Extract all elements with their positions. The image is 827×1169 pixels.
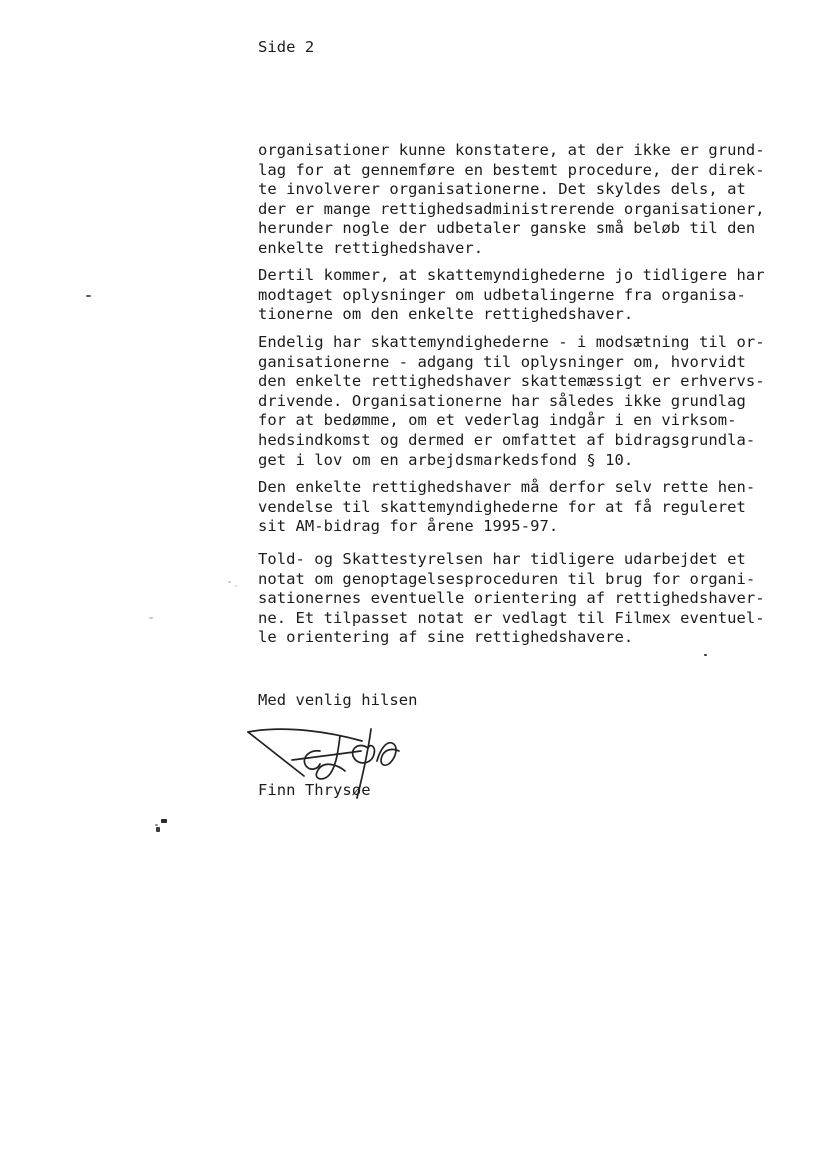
- scan-artifact-speck: [235, 585, 237, 587]
- scan-artifact-ink-speck: [161, 819, 167, 823]
- body-paragraph: Endelig har skattemyndighederne - i mods…: [258, 333, 765, 470]
- scan-artifact-ink-speck: [156, 827, 160, 832]
- scan-artifact-speck: [228, 581, 231, 583]
- closing-salutation: Med venlig hilsen: [258, 691, 418, 711]
- page-number-label: Side 2: [258, 38, 314, 58]
- body-paragraph: Told- og Skattestyrelsen har tidligere u…: [258, 550, 765, 648]
- signee-name: Finn Thrysøe: [258, 781, 371, 801]
- scan-artifact-speck: [704, 654, 707, 656]
- body-paragraph: Den enkelte rettighedshaver må derfor se…: [258, 478, 755, 537]
- body-paragraph: organisationer kunne konstatere, at der …: [258, 141, 765, 259]
- scan-artifact-ink-speck: [155, 824, 158, 826]
- scanned-letter-page: Side 2 organisationer kunne konstatere, …: [0, 0, 827, 1169]
- body-paragraph: Dertil kommer, at skattemyndighederne jo…: [258, 266, 765, 325]
- scan-artifact-speck: [149, 617, 153, 619]
- scan-artifact-speck: [86, 295, 91, 297]
